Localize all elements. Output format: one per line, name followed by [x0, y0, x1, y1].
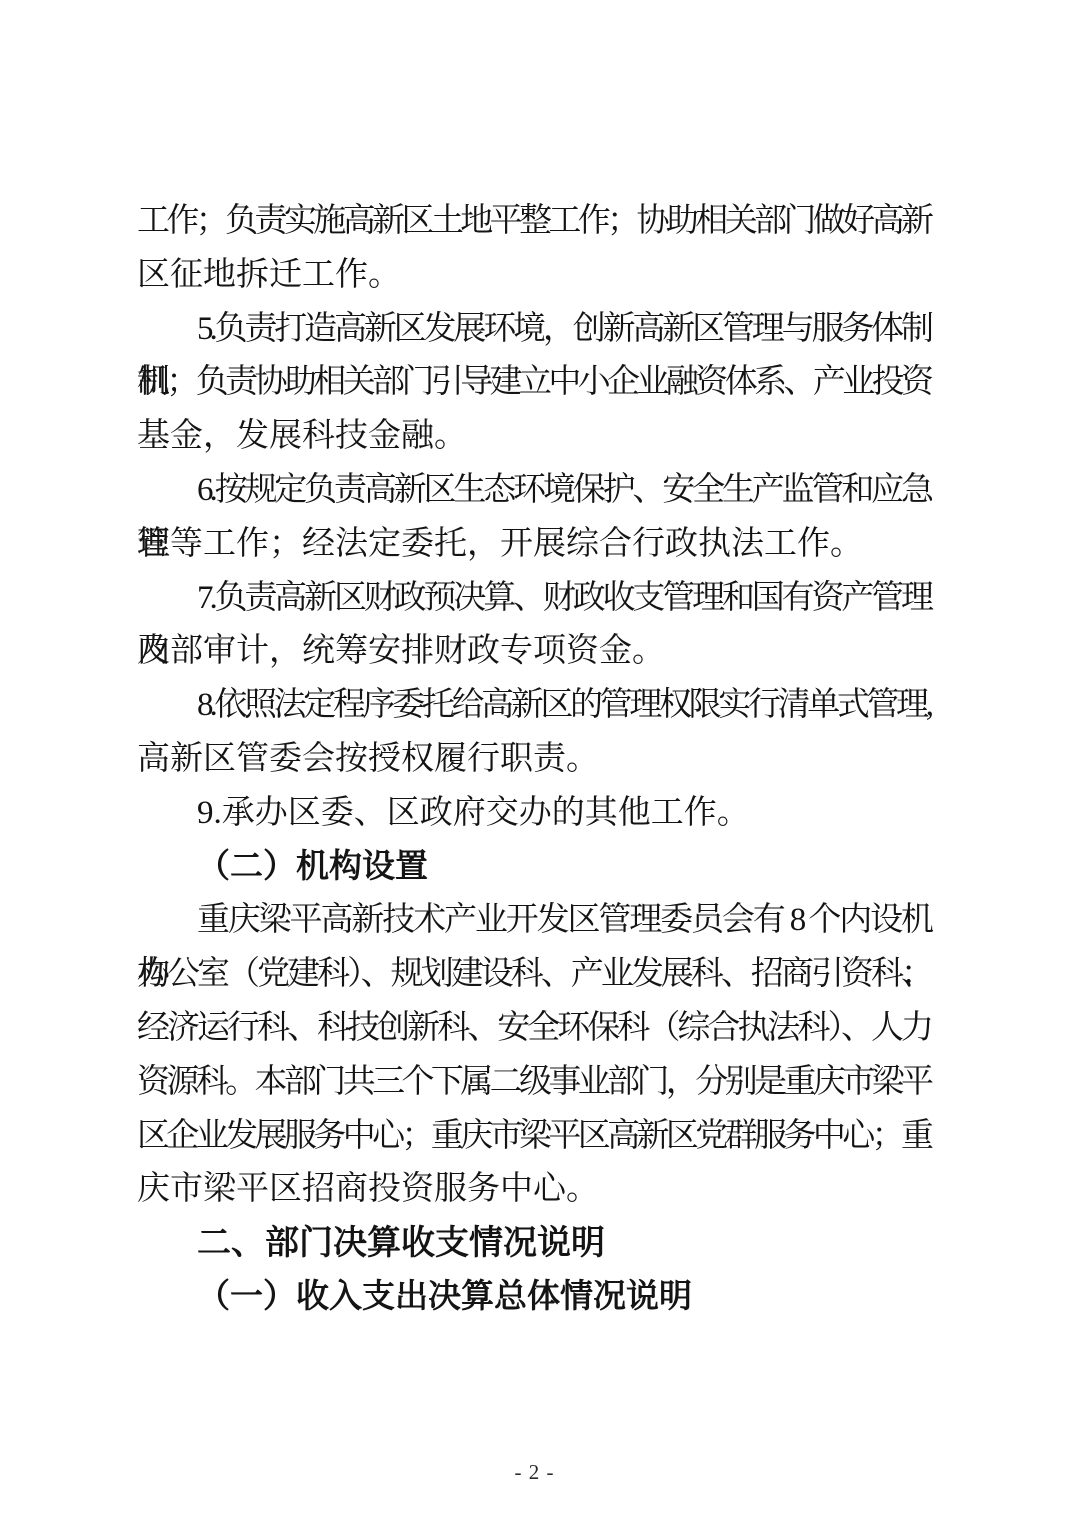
text-line: 6.按规定负责高新区生态环境保护、安全生产监管和应急管 [137, 464, 930, 518]
text-line: 资源科。本部门共三个下属二级事业部门，分别是重庆市梁平 [137, 1056, 930, 1110]
text-line: 9.承办区委、区政府交办的其他工作。 [137, 787, 930, 841]
text-line: 内部审计，统筹安排财政专项资金。 [137, 625, 930, 679]
text-line: 5.负责打造高新区发展环境，创新高新区管理与服务体制机 [137, 303, 930, 357]
document-text-block: 工作；负责实施高新区土地平整工作；协助相关部门做好高新区征地拆迁工作。5.负责打… [137, 195, 930, 1325]
text-line: 庆市梁平区招商投资服务中心。 [137, 1163, 930, 1217]
text-line: 基金，发展科技金融。 [137, 410, 930, 464]
text-line: 理等工作；经法定委托，开展综合行政执法工作。 [137, 518, 930, 572]
page-number: - 2 - [0, 1460, 1069, 1485]
text-line: 经济运行科、科技创新科、安全环保科（综合执法科）、人力 [137, 1002, 930, 1056]
text-line: 办公室（党建科）、规划建设科、产业发展科、招商引资科、 [137, 948, 930, 1002]
text-line: 区企业发展服务中心；重庆市梁平区高新区党群服务中心；重 [137, 1110, 930, 1164]
text-line: （二）机构设置 [137, 841, 930, 895]
text-line: 8.依照法定程序委托给高新区的管理权限实行清单式管理, [137, 679, 930, 733]
text-line: 二、部门决算收支情况说明 [137, 1217, 930, 1271]
text-line: 高新区管委会按授权履行职责。 [137, 733, 930, 787]
text-line: 制；负责协助相关部门引导建立中小企业融资体系、产业投资 [137, 356, 930, 410]
text-line: 工作；负责实施高新区土地平整工作；协助相关部门做好高新 [137, 195, 930, 249]
text-line: （一）收入支出决算总体情况说明 [137, 1271, 930, 1325]
text-line: 重庆梁平高新技术产业开发区管理委员会有 8 个内设机构： [137, 894, 930, 948]
text-line: 7.负责高新区财政预决算、财政收支管理和国有资产管理及 [137, 572, 930, 626]
text-line: 区征地拆迁工作。 [137, 249, 930, 303]
document-page: 工作；负责实施高新区土地平整工作；协助相关部门做好高新区征地拆迁工作。5.负责打… [0, 0, 1069, 1515]
